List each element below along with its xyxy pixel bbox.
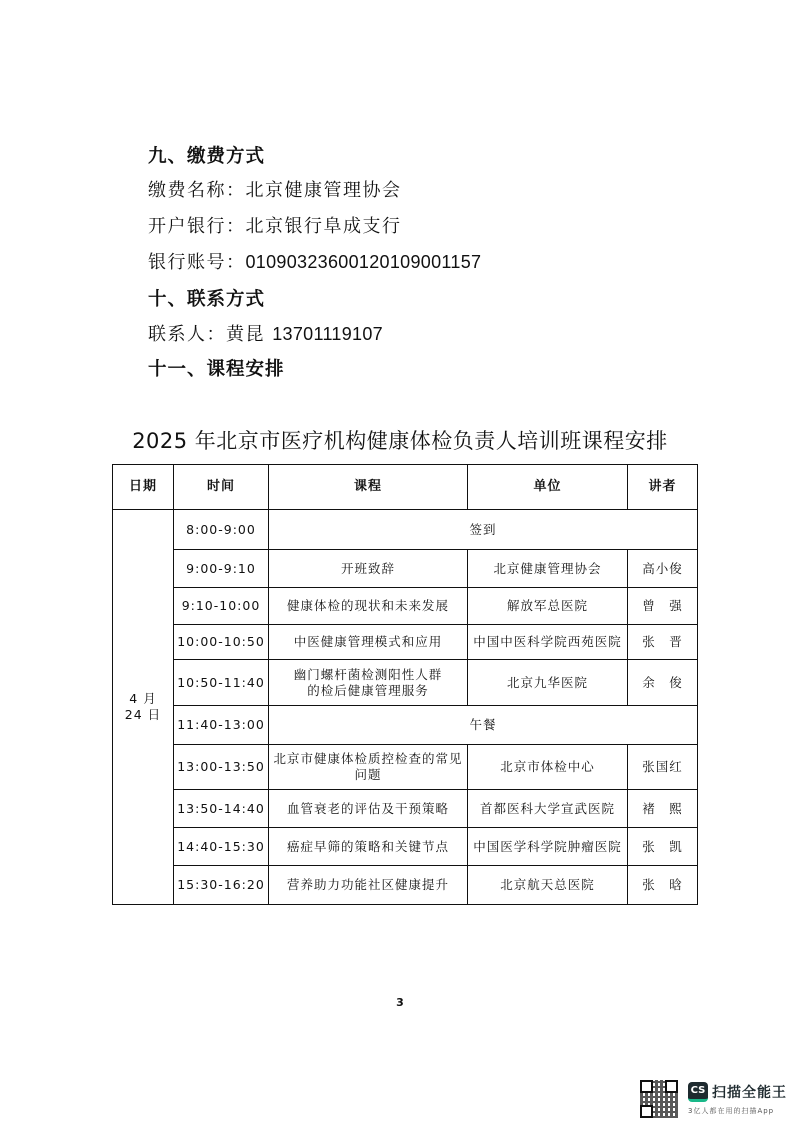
speaker-cell: 褚 熙 — [628, 790, 698, 828]
account-label: 银行账号： — [148, 252, 246, 273]
course-cell: 健康体检的现状和未来发展 — [269, 588, 468, 625]
table-row: 14:40-15:30 癌症早筛的策略和关键节点 中国医学科学院肿瘤医院 张 凯 — [113, 828, 698, 866]
speaker-cell: 张 晗 — [628, 866, 698, 905]
qr-finder-icon — [665, 1080, 678, 1093]
course-cell: 幽门螺杆菌检测阳性人群的检后健康管理服务 — [269, 660, 468, 706]
speaker-cell: 曾 强 — [628, 588, 698, 625]
date-cell: 4 月24 日 — [113, 510, 174, 905]
date-day: 24 日 — [125, 707, 161, 722]
speaker-cell: 余 俊 — [628, 660, 698, 706]
contact-phone: 13701119107 — [272, 324, 383, 344]
table-row: 4 月24 日 8:00-9:00 签到 — [113, 510, 698, 550]
header-unit: 单位 — [468, 465, 628, 510]
unit-cell: 中国中医科学院西苑医院 — [468, 625, 628, 660]
merged-cell: 签到 — [269, 510, 698, 550]
contact-label: 联系人： — [148, 324, 226, 345]
header-date: 日期 — [113, 465, 174, 510]
page-number: 3 — [0, 996, 800, 1009]
unit-cell: 中国医学科学院肿瘤医院 — [468, 828, 628, 866]
header-time: 时间 — [174, 465, 269, 510]
course-cell: 营养助力功能社区健康提升 — [269, 866, 468, 905]
bank-label: 开户银行： — [148, 216, 246, 237]
course-line-1: 幽门螺杆菌检测阳性人群 — [294, 667, 443, 682]
unit-cell: 北京九华医院 — [468, 660, 628, 706]
unit-cell: 首都医科大学宣武医院 — [468, 790, 628, 828]
speaker-cell: 高小俊 — [628, 550, 698, 588]
table-row: 11:40-13:00 午餐 — [113, 706, 698, 745]
table-row: 9:00-9:10 开班致辞 北京健康管理协会 高小俊 — [113, 550, 698, 588]
camscanner-app-name: 扫描全能王 — [712, 1082, 787, 1102]
unit-cell: 解放军总医院 — [468, 588, 628, 625]
merged-cell: 午餐 — [269, 706, 698, 745]
payment-name-label: 缴费名称： — [148, 180, 246, 201]
course-line-2: 问题 — [354, 767, 381, 782]
contact-line: 联系人：黄昆 13701119107 — [148, 320, 383, 346]
time-cell: 10:50-11:40 — [174, 660, 269, 706]
table-header-row: 日期 时间 课程 单位 讲者 — [113, 465, 698, 510]
payment-name-line: 缴费名称：北京健康管理协会 — [148, 176, 402, 202]
time-cell: 8:00-9:00 — [174, 510, 269, 550]
time-cell: 10:00-10:50 — [174, 625, 269, 660]
header-speaker: 讲者 — [628, 465, 698, 510]
schedule-title: 2025 年北京市医疗机构健康体检负责人培训班课程安排 — [0, 425, 800, 455]
bank-line: 开户银行：北京银行阜成支行 — [148, 212, 402, 238]
unit-cell: 北京市体检中心 — [468, 745, 628, 790]
time-cell: 13:50-14:40 — [174, 790, 269, 828]
table-row: 13:50-14:40 血管衰老的评估及干预策略 首都医科大学宣武医院 褚 熙 — [113, 790, 698, 828]
speaker-cell: 张 凯 — [628, 828, 698, 866]
camscanner-watermark: CS 扫描全能王 3亿人都在用的扫描App — [640, 1078, 790, 1122]
contact-heading: 十、联系方式 — [148, 285, 265, 311]
course-cell: 开班致辞 — [269, 550, 468, 588]
account-line: 银行账号：01090323600120109001157 — [148, 248, 481, 274]
account-value: 01090323600120109001157 — [246, 252, 482, 272]
contact-name: 黄昆 — [226, 324, 265, 345]
course-cell: 癌症早筛的策略和关键节点 — [269, 828, 468, 866]
courses-heading: 十一、课程安排 — [148, 355, 285, 381]
qr-finder-icon — [640, 1080, 653, 1093]
unit-cell: 北京航天总医院 — [468, 866, 628, 905]
time-cell: 14:40-15:30 — [174, 828, 269, 866]
time-cell: 9:00-9:10 — [174, 550, 269, 588]
course-cell: 中医健康管理模式和应用 — [269, 625, 468, 660]
date-month: 4 月 — [129, 691, 156, 706]
time-cell: 13:00-13:50 — [174, 745, 269, 790]
course-line-2: 的检后健康管理服务 — [307, 683, 429, 698]
course-line-1: 北京市健康体检质控检查的常见 — [273, 751, 462, 766]
time-cell: 9:10-10:00 — [174, 588, 269, 625]
time-cell: 15:30-16:20 — [174, 866, 269, 905]
table-row: 15:30-16:20 营养助力功能社区健康提升 北京航天总医院 张 晗 — [113, 866, 698, 905]
table-row: 9:10-10:00 健康体检的现状和未来发展 解放军总医院 曾 强 — [113, 588, 698, 625]
header-course: 课程 — [269, 465, 468, 510]
time-cell: 11:40-13:00 — [174, 706, 269, 745]
course-cell: 血管衰老的评估及干预策略 — [269, 790, 468, 828]
payment-heading: 九、缴费方式 — [148, 142, 265, 168]
table-row: 10:50-11:40 幽门螺杆菌检测阳性人群的检后健康管理服务 北京九华医院 … — [113, 660, 698, 706]
camscanner-tagline: 3亿人都在用的扫描App — [688, 1106, 774, 1116]
speaker-cell: 张 晋 — [628, 625, 698, 660]
course-cell: 北京市健康体检质控检查的常见问题 — [269, 745, 468, 790]
camscanner-logo-icon: CS — [688, 1082, 708, 1102]
unit-cell: 北京健康管理协会 — [468, 550, 628, 588]
speaker-cell: 张国红 — [628, 745, 698, 790]
qr-finder-icon — [640, 1105, 653, 1118]
payment-name-value: 北京健康管理协会 — [246, 180, 402, 201]
schedule-table: 日期 时间 课程 单位 讲者 4 月24 日 8:00-9:00 签到 9:00… — [112, 464, 698, 905]
table-row: 10:00-10:50 中医健康管理模式和应用 中国中医科学院西苑医院 张 晋 — [113, 625, 698, 660]
table-row: 13:00-13:50 北京市健康体检质控检查的常见问题 北京市体检中心 张国红 — [113, 745, 698, 790]
bank-value: 北京银行阜成支行 — [246, 216, 402, 237]
